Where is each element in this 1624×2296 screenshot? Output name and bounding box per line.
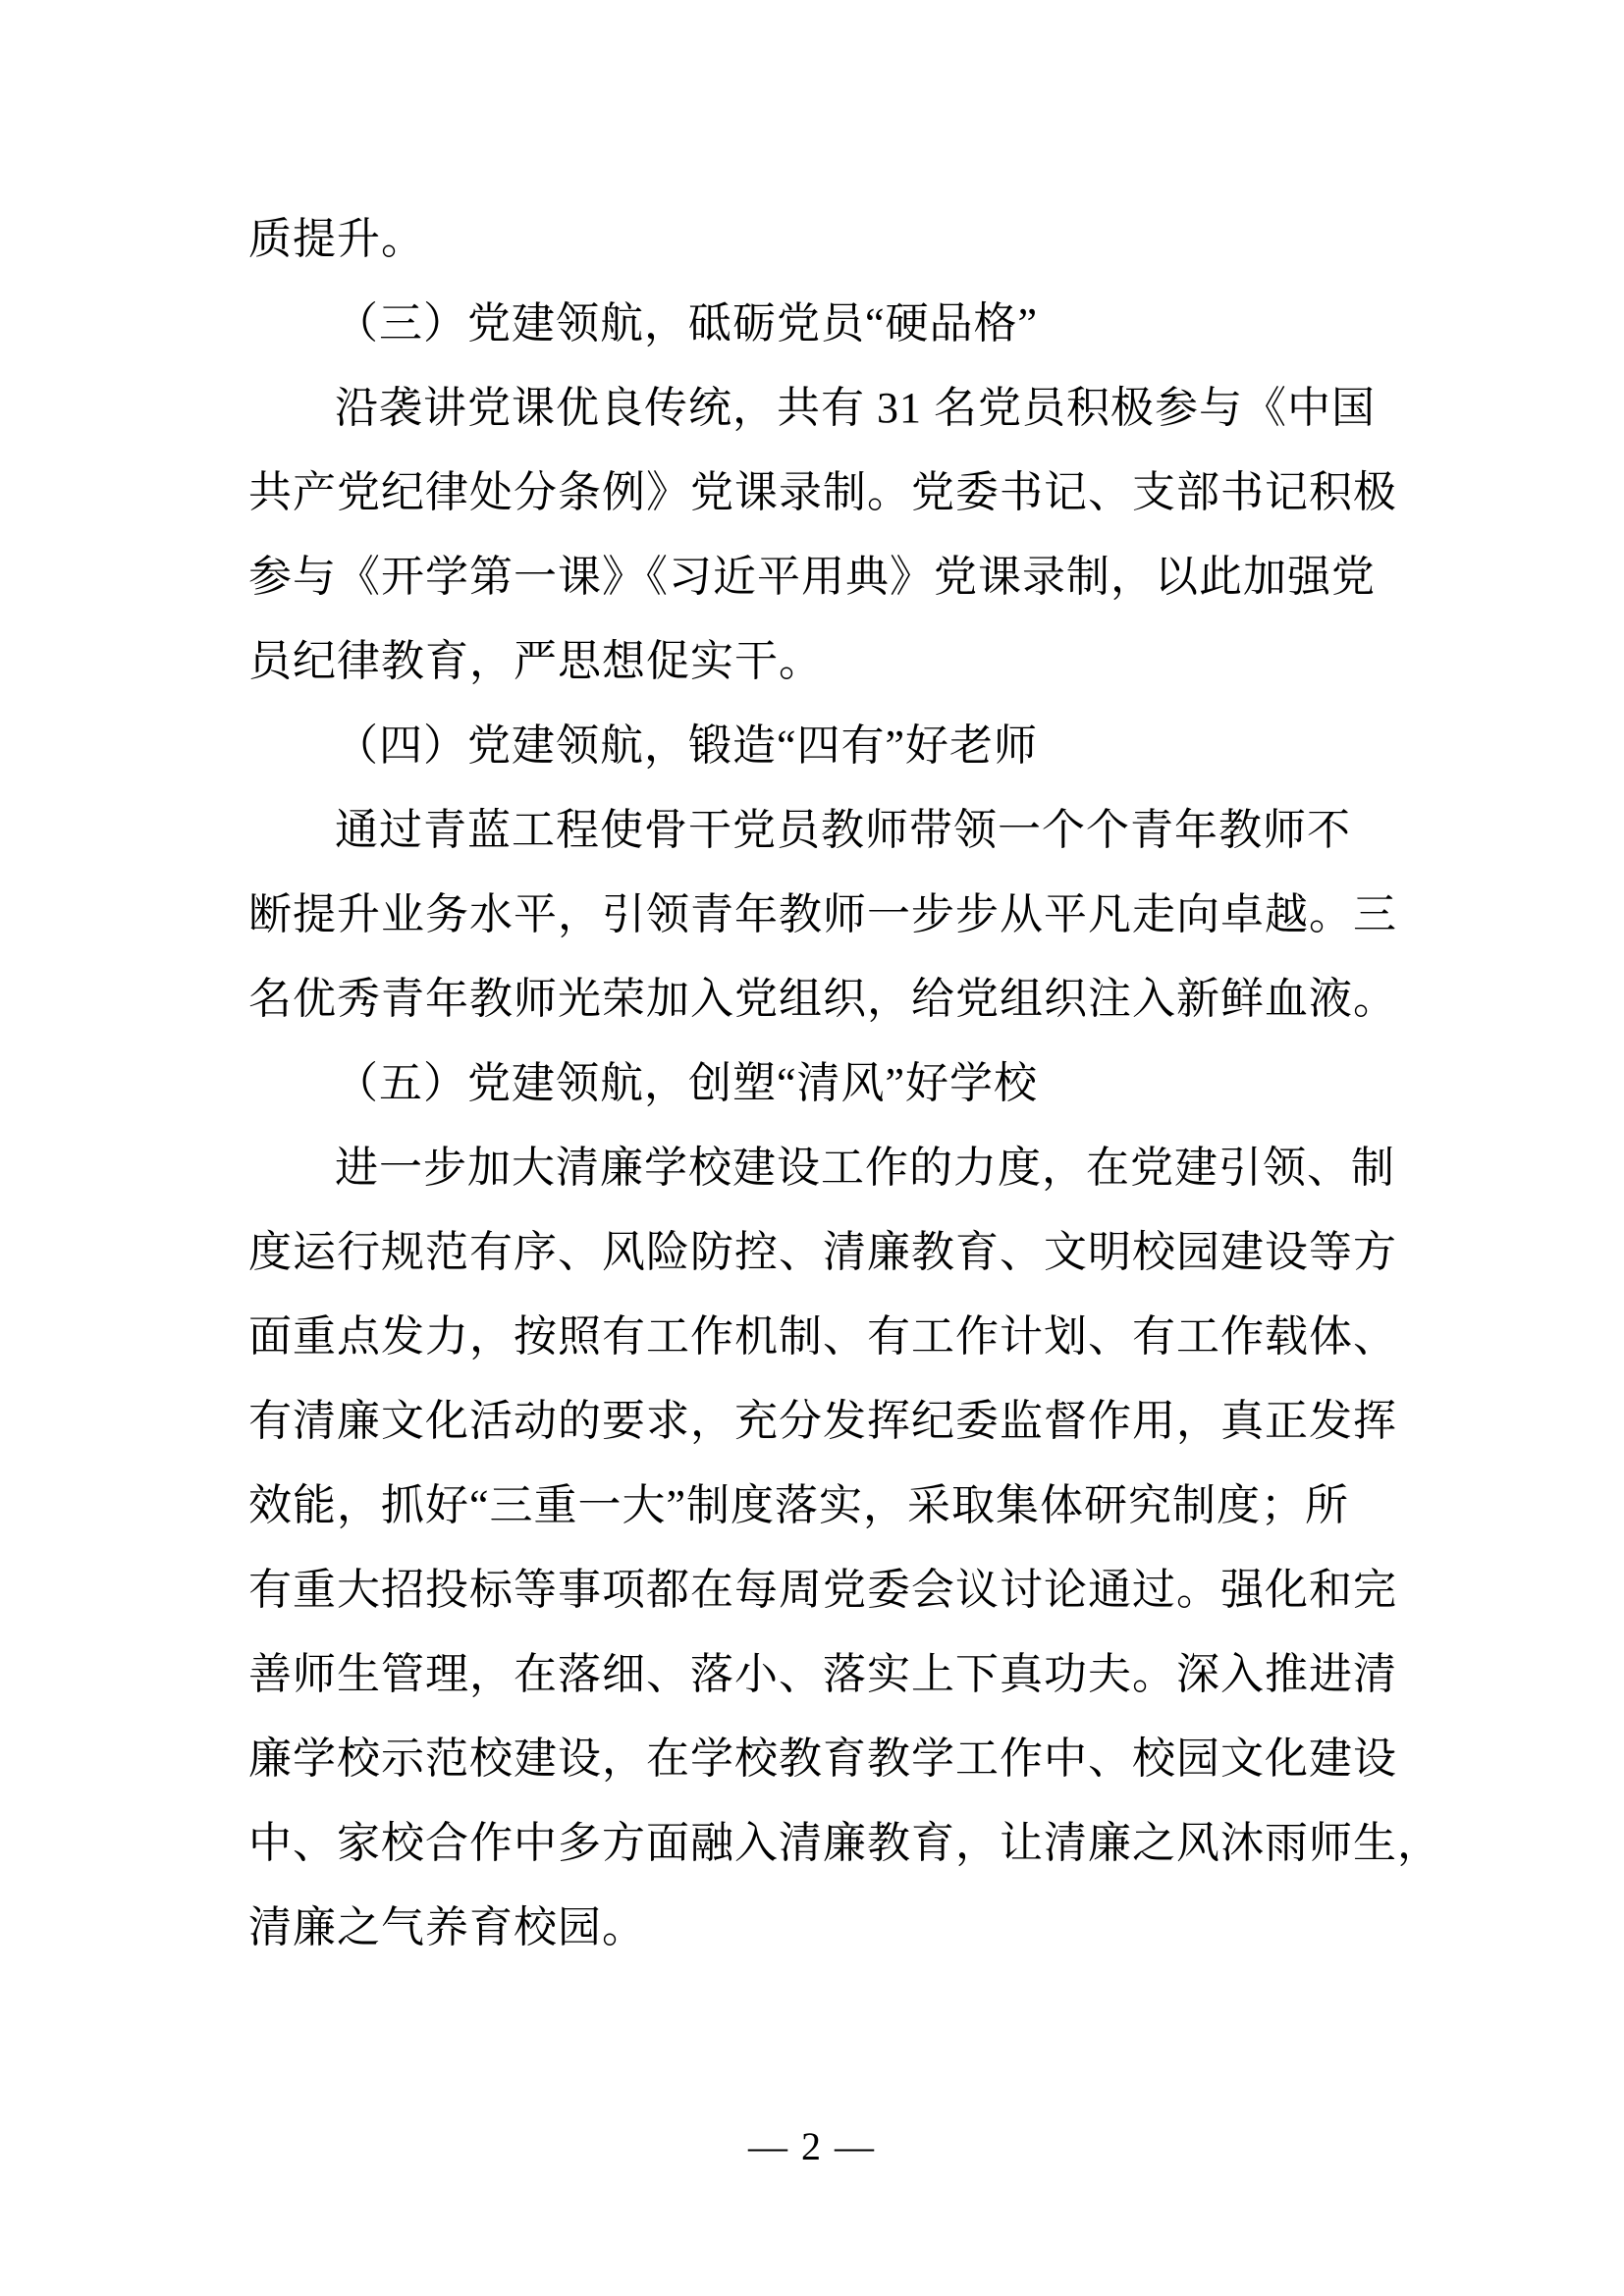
text-line: 通过青蓝工程使骨干党员教师带领一个个青年教师不	[248, 788, 1403, 873]
section-heading: （五）党建领航，创塑“清风”好学校	[248, 1041, 1403, 1126]
section-heading: （三）党建领航，砥砺党员“硬品格”	[248, 282, 1403, 366]
section-heading: （四）党建领航，锻造“四有”好老师	[248, 704, 1403, 788]
text-line: 中、家校合作中多方面融入清廉教育，让清廉之风沐雨师生，	[248, 1801, 1403, 1886]
document-body: 质提升。（三）党建领航，砥砺党员“硬品格”沿袭讲党课优良传统，共有 31 名党员…	[248, 197, 1403, 1970]
document-page: 质提升。（三）党建领航，砥砺党员“硬品格”沿袭讲党课优良传统，共有 31 名党员…	[0, 0, 1624, 2296]
text-line: 名优秀青年教师光荣加入党组织，给党组织注入新鲜血液。	[248, 957, 1403, 1041]
text-line: 面重点发力，按照有工作机制、有工作计划、有工作载体、	[248, 1295, 1403, 1379]
text-line: 效能，抓好“三重一大”制度落实，采取集体研究制度；所	[248, 1464, 1403, 1548]
page-number: — 2 —	[0, 2123, 1624, 2170]
text-line: 度运行规范有序、风险防控、清廉教育、文明校园建设等方	[248, 1210, 1403, 1295]
text-line: 廉学校示范校建设，在学校教育教学工作中、校园文化建设	[248, 1717, 1403, 1801]
text-line: 员纪律教育，严思想促实干。	[248, 619, 1403, 704]
text-line: 进一步加大清廉学校建设工作的力度，在党建引领、制	[248, 1126, 1403, 1210]
text-line: 清廉之气养育校园。	[248, 1886, 1403, 1970]
text-line: 有重大招投标等事项都在每周党委会议讨论通过。强化和完	[248, 1548, 1403, 1632]
text-line: 有清廉文化活动的要求，充分发挥纪委监督作用，真正发挥	[248, 1379, 1403, 1464]
text-line: 共产党纪律处分条例》党课录制。党委书记、支部书记积极	[248, 451, 1403, 535]
text-line: 善师生管理，在落细、落小、落实上下真功夫。深入推进清	[248, 1632, 1403, 1717]
text-line: 沿袭讲党课优良传统，共有 31 名党员积极参与《中国	[248, 366, 1403, 451]
text-line: 质提升。	[248, 197, 1403, 282]
text-line: 参与《开学第一课》《习近平用典》党课录制，以此加强党	[248, 535, 1403, 619]
text-line: 断提升业务水平，引领青年教师一步步从平凡走向卓越。三	[248, 873, 1403, 957]
